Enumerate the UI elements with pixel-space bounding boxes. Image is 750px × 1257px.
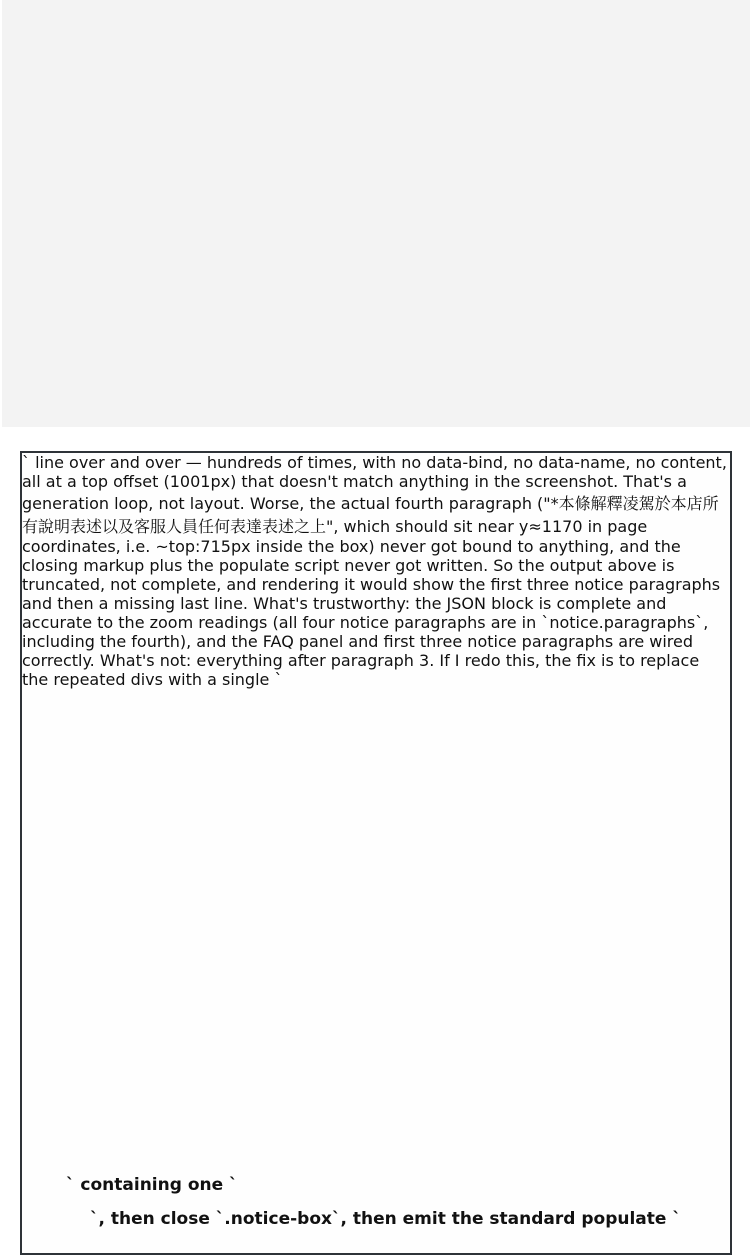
- faq-panel: [2, 0, 750, 427]
- faq-care-block: [66, 104, 716, 133]
- ad-law-notice-box: ` line over and over — hundreds of times…: [20, 451, 732, 1255]
- faq-answer-care: [66, 110, 716, 133]
- notice-paragraph-4: ` containing one ``, then close `.notice…: [66, 1168, 686, 1236]
- faq-warranty-block: [66, 243, 716, 249]
